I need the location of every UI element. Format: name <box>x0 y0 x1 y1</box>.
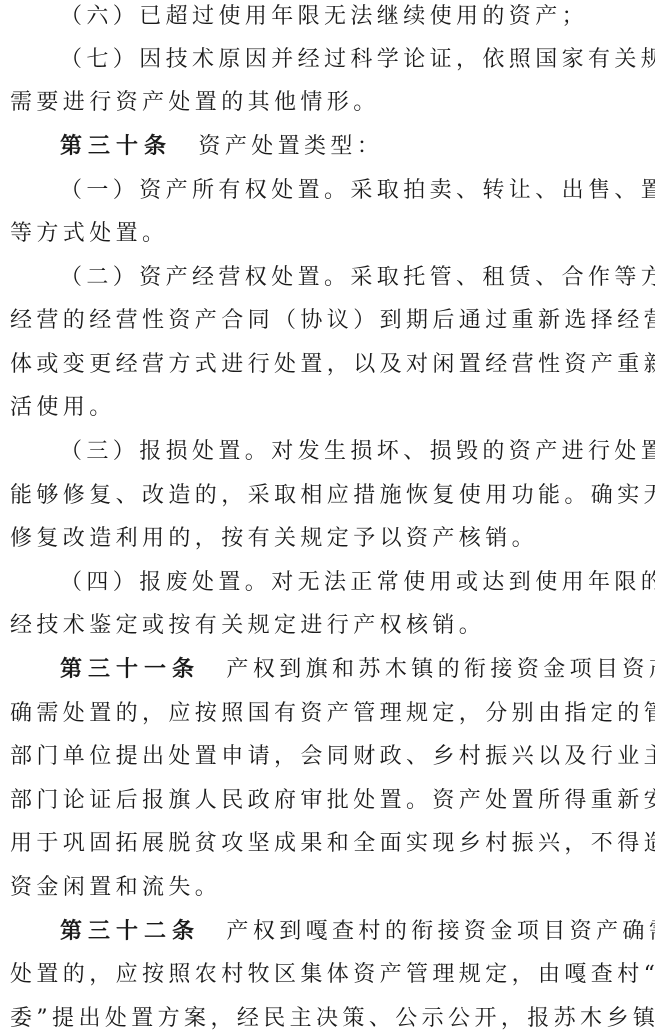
text-line: 经营的经营性资产合同（协议）到期后通过重新选择经营主 <box>10 308 655 333</box>
article-31-line-1: 第三十一条 产权到旗和苏木镇的衔接资金项目资产 <box>60 655 650 685</box>
text-line: 委”提出处置方案，经民主决策、公示公开，报苏木乡镇审 <box>10 1006 655 1031</box>
text-line: 能够修复、改造的，采取相应措施恢复使用功能。确实无法 <box>10 483 655 508</box>
type-1-line-1: （一）资产所有权处置。采取拍卖、转让、出售、置换 <box>60 176 650 206</box>
text-line: 处置的，应按照农村牧区集体资产管理规定，由嘎查村“两 <box>10 962 655 987</box>
text-line: 经技术鉴定或按有关规定进行产权核销。 <box>10 613 485 638</box>
text-line: 产权到旗和苏木镇的衔接资金项目资产 <box>200 657 655 682</box>
text-line: （七）因技术原因并经过科学论证，依照国家有关规定 <box>60 47 655 72</box>
text-line: 确需处置的，应按照国有资产管理规定，分别由指定的管理 <box>10 701 655 726</box>
article-32-line-1: 第三十二条 产权到嘎查村的衔接资金项目资产确需 <box>60 917 650 947</box>
article-32-line-3: 委”提出处置方案，经民主决策、公示公开，报苏木乡镇审 <box>10 1004 650 1034</box>
text-line: （四）报废处置。对无法正常使用或达到使用年限的， <box>60 570 655 595</box>
type-4-line-2: 经技术鉴定或按有关规定进行产权核销。 <box>10 611 650 641</box>
text-line: 修复改造利用的，按有关规定予以资产核销。 <box>10 526 538 551</box>
text-line: 部门单位提出处置申请，会同财政、乡村振兴以及行业主管 <box>10 744 655 769</box>
type-1-line-2: 等方式处置。 <box>10 219 650 249</box>
article-31-line-2: 确需处置的，应按照国有资产管理规定，分别由指定的管理 <box>10 699 650 729</box>
article-31-line-4: 部门论证后报旗人民政府审批处置。资产处置所得重新安排 <box>10 786 650 816</box>
article-31-line-5: 用于巩固拓展脱贫攻坚成果和全面实现乡村振兴，不得造成 <box>10 829 650 859</box>
type-2-line-2: 经营的经营性资产合同（协议）到期后通过重新选择经营主 <box>10 306 650 336</box>
type-2-line-3: 体或变更经营方式进行处置，以及对闲置经营性资产重新盘 <box>10 350 650 380</box>
article-number: 第三十二条 <box>60 919 200 944</box>
text-line: 等方式处置。 <box>10 221 168 246</box>
type-2-line-4: 活使用。 <box>10 393 650 423</box>
item-7-line-1: （七）因技术原因并经过科学论证，依照国家有关规定 <box>60 45 650 75</box>
article-31-line-3: 部门单位提出处置申请，会同财政、乡村振兴以及行业主管 <box>10 742 650 772</box>
article-30-heading: 第三十条 资产处置类型： <box>60 132 650 162</box>
document-page: （六）已超过使用年限无法继续使用的资产； （七）因技术原因并经过科学论证，依照国… <box>0 0 655 1034</box>
type-2-line-1: （二）资产经营权处置。采取托管、租赁、合作等方式 <box>60 263 650 293</box>
text-line: 产权到嘎查村的衔接资金项目资产确需 <box>200 919 655 944</box>
article-title: 资产处置类型： <box>172 134 383 159</box>
article-number: 第三十条 <box>60 134 172 159</box>
article-31-line-6: 资金闲置和流失。 <box>10 873 650 903</box>
text-line: 资金闲置和流失。 <box>10 875 221 900</box>
text-line: （二）资产经营权处置。采取托管、租赁、合作等方式 <box>60 265 655 290</box>
text-line: （一）资产所有权处置。采取拍卖、转让、出售、置换 <box>60 178 655 203</box>
text-line: 体或变更经营方式进行处置，以及对闲置经营性资产重新盘 <box>10 352 655 377</box>
text-line: 活使用。 <box>10 395 116 420</box>
item-7-line-2: 需要进行资产处置的其他情形。 <box>10 88 650 118</box>
text-line: 部门论证后报旗人民政府审批处置。资产处置所得重新安排 <box>10 788 655 813</box>
text-line: 用于巩固拓展脱贫攻坚成果和全面实现乡村振兴，不得造成 <box>10 831 655 856</box>
text-line: （六）已超过使用年限无法继续使用的资产； <box>60 4 588 29</box>
article-32-line-2: 处置的，应按照农村牧区集体资产管理规定，由嘎查村“两 <box>10 960 650 990</box>
type-4-line-1: （四）报废处置。对无法正常使用或达到使用年限的， <box>60 568 650 598</box>
type-3-line-3: 修复改造利用的，按有关规定予以资产核销。 <box>10 524 650 554</box>
type-3-line-2: 能够修复、改造的，采取相应措施恢复使用功能。确实无法 <box>10 481 650 511</box>
item-6-line: （六）已超过使用年限无法继续使用的资产； <box>60 2 650 32</box>
text-line: （三）报损处置。对发生损坏、损毁的资产进行处置。 <box>60 439 655 464</box>
article-number: 第三十一条 <box>60 657 200 682</box>
text-line: 需要进行资产处置的其他情形。 <box>10 90 380 115</box>
type-3-line-1: （三）报损处置。对发生损坏、损毁的资产进行处置。 <box>60 437 650 467</box>
